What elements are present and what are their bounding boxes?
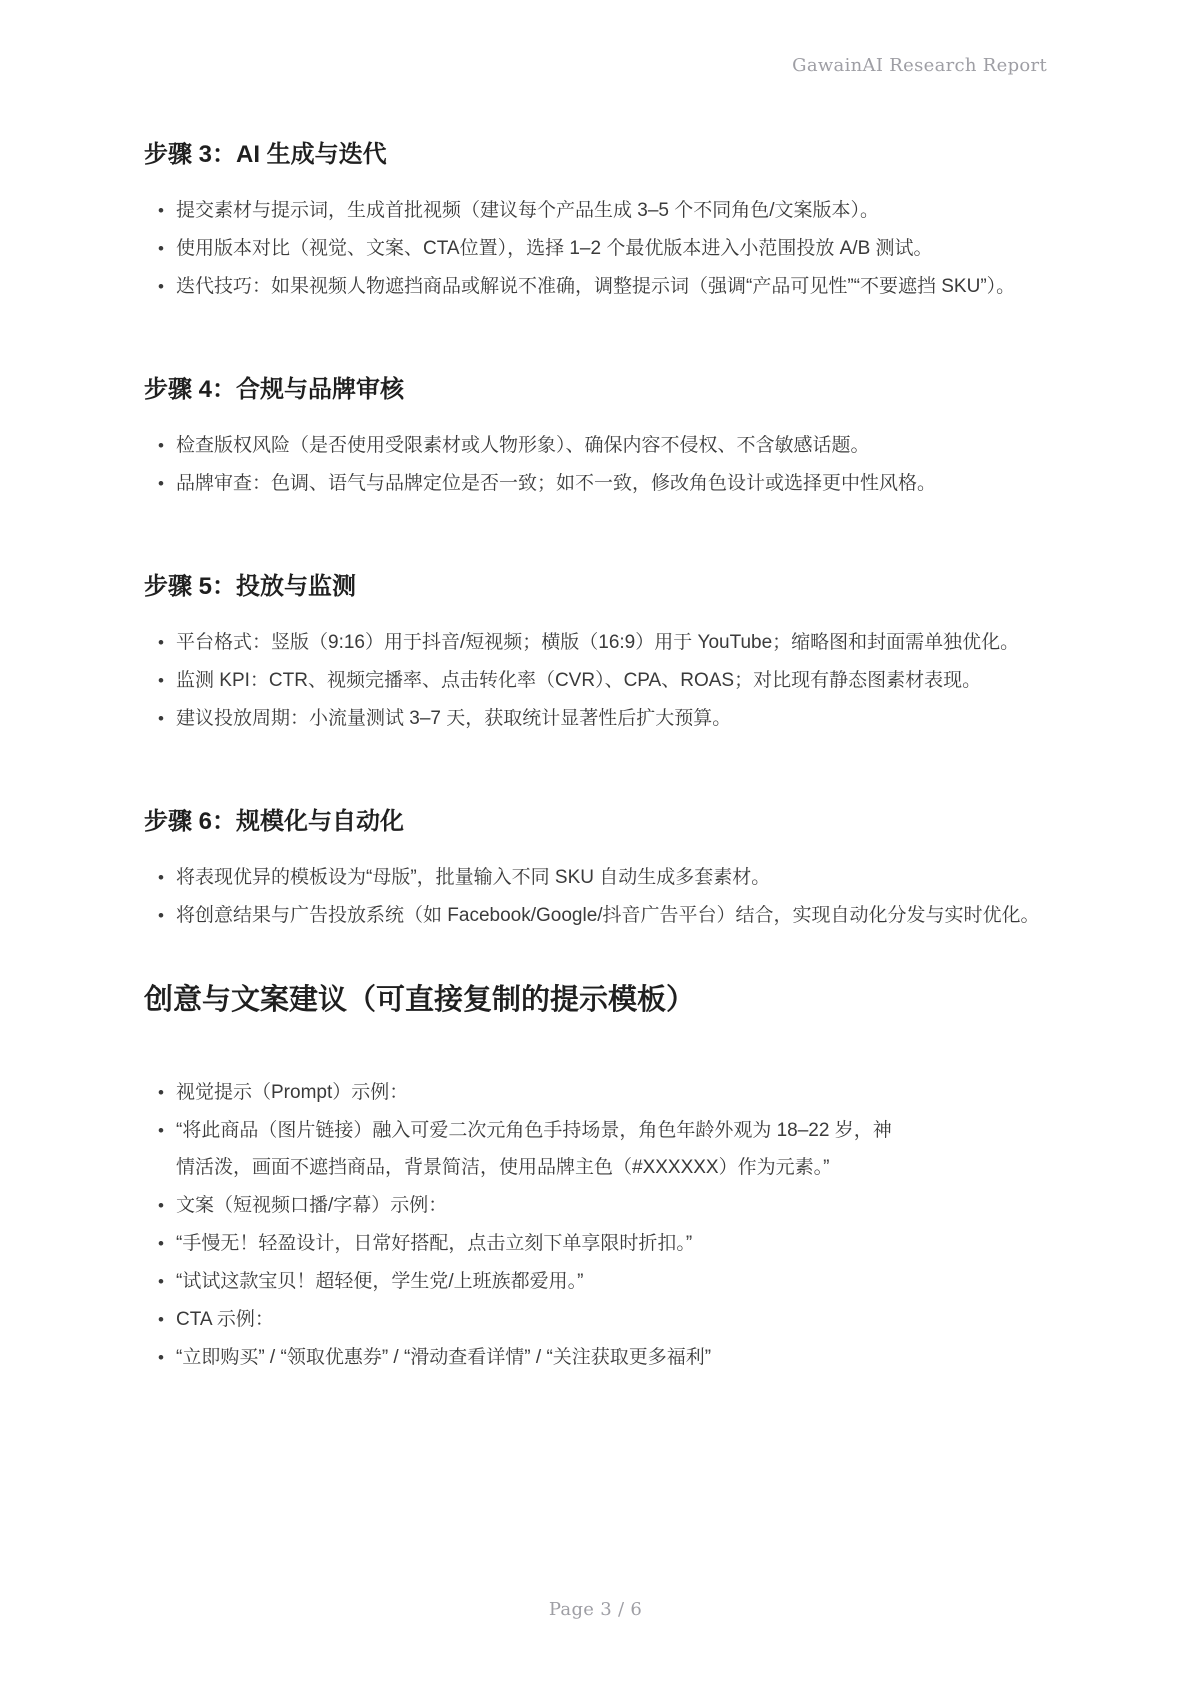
major-section-title: 创意与文案建议（可直接复制的提示模板） [144, 982, 1047, 1018]
document-page: GawainAI Research Report 步骤 3：AI 生成与迭代 提… [0, 0, 1191, 1684]
bullet-item: 检查版权风险（是否使用受限素材或人物形象）、确保内容不侵权、不含敏感话题。 [176, 427, 1047, 464]
bullet-list: 检查版权风险（是否使用受限素材或人物形象）、确保内容不侵权、不含敏感话题。 品牌… [144, 427, 1047, 502]
section-title: 步骤 5：投放与监测 [144, 572, 1047, 602]
bullet-item: “将此商品（图片链接）融入可爱二次元角色手持场景，角色年龄外观为 18–22 岁… [176, 1112, 896, 1186]
bullet-item: “立即购买” / “领取优惠券” / “滑动查看详情” / “关注获取更多福利” [176, 1339, 896, 1376]
bullet-item: 建议投放周期：小流量测试 3–7 天，获取统计显著性后扩大预算。 [176, 700, 1047, 737]
bullet-item: 将表现优异的模板设为“母版”，批量输入不同 SKU 自动生成多套素材。 [176, 859, 1047, 896]
bullet-list: 视觉提示（Prompt）示例： “将此商品（图片链接）融入可爱二次元角色手持场景… [144, 1074, 1047, 1376]
section-title: 步骤 4：合规与品牌审核 [144, 375, 1047, 405]
bullet-item: 迭代技巧：如果视频人物遮挡商品或解说不准确，调整提示词（强调“产品可见性”“不要… [176, 268, 1047, 305]
bullet-list: 提交素材与提示词，生成首批视频（建议每个产品生成 3–5 个不同角色/文案版本）… [144, 192, 1047, 305]
bullet-list: 平台格式：竖版（9:16）用于抖音/短视频；横版（16:9）用于 YouTube… [144, 624, 1047, 737]
bullet-item: 提交素材与提示词，生成首批视频（建议每个产品生成 3–5 个不同角色/文案版本）… [176, 192, 1047, 229]
section-title: 步骤 6：规模化与自动化 [144, 807, 1047, 837]
page-number: Page 3 / 6 [0, 1599, 1191, 1620]
bullet-item: 视觉提示（Prompt）示例： [176, 1074, 896, 1111]
bullet-item: CTA 示例： [176, 1301, 896, 1338]
bullet-item: “试试这款宝贝！超轻便，学生党/上班族都爱用。” [176, 1263, 896, 1300]
section-step-5: 步骤 5：投放与监测 平台格式：竖版（9:16）用于抖音/短视频；横版（16:9… [144, 572, 1047, 737]
section-creative-suggestions: 创意与文案建议（可直接复制的提示模板） 视觉提示（Prompt）示例： “将此商… [144, 982, 1047, 1376]
section-step-6: 步骤 6：规模化与自动化 将表现优异的模板设为“母版”，批量输入不同 SKU 自… [144, 807, 1047, 934]
bullet-item: 将创意结果与广告投放系统（如 Facebook/Google/抖音广告平台）结合… [176, 897, 1047, 934]
bullet-item: 品牌审查：色调、语气与品牌定位是否一致；如不一致，修改角色设计或选择更中性风格。 [176, 465, 1047, 502]
bullet-item: “手慢无！轻盈设计，日常好搭配，点击立刻下单享限时折扣。” [176, 1225, 896, 1262]
report-header-title: GawainAI Research Report [144, 55, 1047, 76]
section-step-4: 步骤 4：合规与品牌审核 检查版权风险（是否使用受限素材或人物形象）、确保内容不… [144, 375, 1047, 502]
section-title: 步骤 3：AI 生成与迭代 [144, 140, 1047, 170]
bullet-item: 使用版本对比（视觉、文案、CTA位置），选择 1–2 个最优版本进入小范围投放 … [176, 230, 1047, 267]
bullet-item: 监测 KPI：CTR、视频完播率、点击转化率（CVR）、CPA、ROAS；对比现… [176, 662, 1047, 699]
bullet-list: 将表现优异的模板设为“母版”，批量输入不同 SKU 自动生成多套素材。 将创意结… [144, 859, 1047, 934]
bullet-item: 平台格式：竖版（9:16）用于抖音/短视频；横版（16:9）用于 YouTube… [176, 624, 1047, 661]
bullet-item: 文案（短视频口播/字幕）示例： [176, 1187, 896, 1224]
section-step-3: 步骤 3：AI 生成与迭代 提交素材与提示词，生成首批视频（建议每个产品生成 3… [144, 140, 1047, 305]
